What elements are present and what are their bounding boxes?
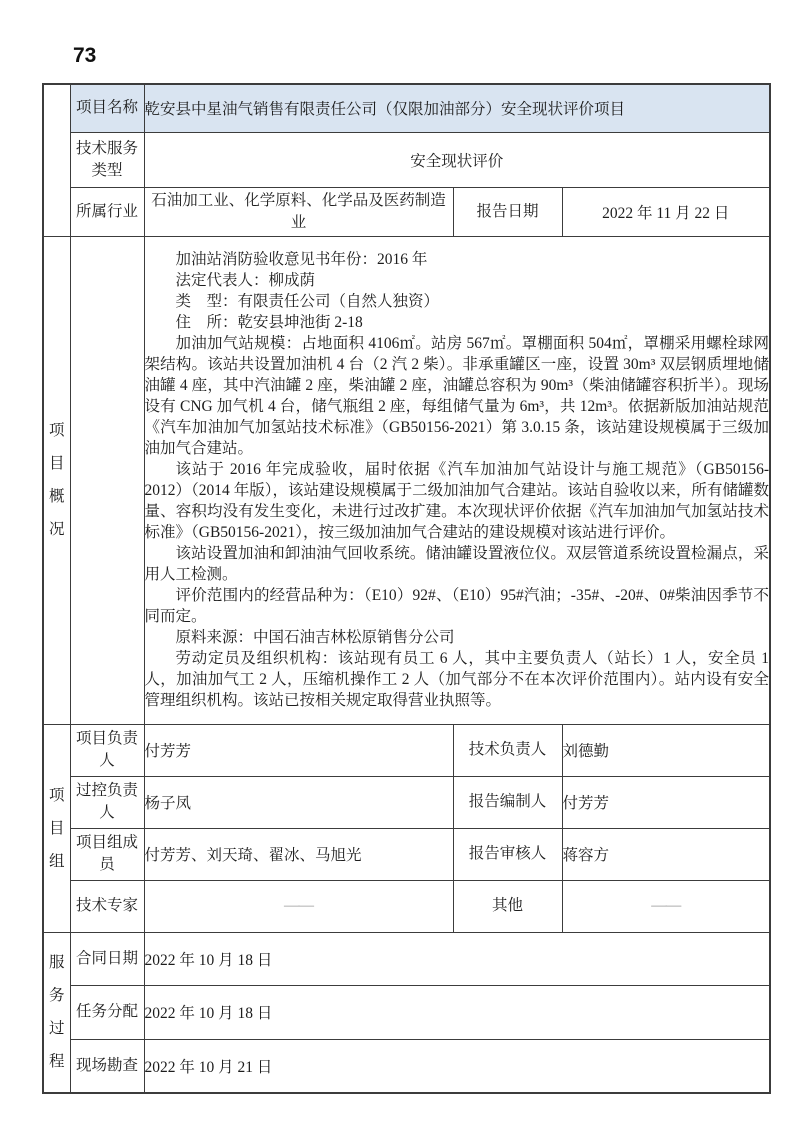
service-type-value: 安全现状评价: [144, 132, 770, 187]
contract-date-label: 合同日期: [70, 932, 144, 985]
overview-paragraph: 加油加气站规模：占地面积 4106㎡。站房 567㎡。罩棚面积 504㎡，罩棚采…: [145, 333, 770, 459]
project-name-label: 项目名称: [70, 84, 144, 132]
report-writer-label: 报告编制人: [453, 776, 562, 828]
overview-paragraph: 住 所：乾安县坤池街 2-18: [145, 312, 770, 333]
project-leader-value: 付芳芳: [144, 724, 453, 776]
overview-paragraph: 原料来源：中国石油吉林松原销售分公司: [145, 627, 770, 648]
section-label-process: 服务过程: [43, 932, 70, 1093]
overview-paragraph: 该站于 2016 年完成验收，届时依据《汽车加油加气站设计与施工规范》（GB50…: [145, 459, 770, 543]
project-info-table: 项目名称 乾安县中星油气销售有限责任公司（仅限加油部分）安全现状评价项目 技术服…: [42, 83, 771, 1094]
team-members-label: 项目组成员: [70, 828, 144, 880]
team-members-value: 付芳芳、刘天琦、翟冰、马旭光: [144, 828, 453, 880]
task-assignment-label: 任务分配: [70, 985, 144, 1039]
contract-date-value: 2022 年 10 月 18 日: [144, 932, 770, 985]
process-control-value: 杨子凤: [144, 776, 453, 828]
overview-content: 加油站消防验收意见书年份：2016 年 法定代表人：柳成荫 类 型：有限责任公司…: [144, 236, 770, 724]
page-number: 73: [73, 44, 96, 68]
overview-paragraph: 劳动定员及组织机构：该站现有员工 6 人，其中主要负责人（站长）1 人，安全员 …: [145, 648, 770, 711]
report-date-value: 2022 年 11 月 22 日: [562, 187, 770, 236]
report-date-label: 报告日期: [453, 187, 562, 236]
service-type-label: 技术服务类型: [70, 132, 144, 187]
table-corner-cell: [43, 84, 70, 236]
site-survey-value: 2022 年 10 月 21 日: [144, 1039, 770, 1093]
tech-leader-value: 刘德勤: [562, 724, 770, 776]
project-leader-label: 项目负责人: [70, 724, 144, 776]
project-name-value: 乾安县中星油气销售有限责任公司（仅限加油部分）安全现状评价项目: [144, 84, 770, 132]
other-label: 其他: [453, 880, 562, 932]
report-reviewer-value: 蒋容方: [562, 828, 770, 880]
section-label-overview: 项目概况: [43, 236, 70, 724]
tech-expert-value: ——: [144, 880, 453, 932]
overview-spacer-cell: [70, 236, 144, 724]
overview-paragraph: 类 型：有限责任公司（自然人独资）: [145, 291, 770, 312]
overview-paragraph: 评价范围内的经营品种为：（E10）92#、（E10）95#汽油；-35#、-20…: [145, 585, 770, 627]
report-writer-value: 付芳芳: [562, 776, 770, 828]
overview-paragraph: 加油站消防验收意见书年份：2016 年: [145, 249, 770, 270]
tech-leader-label: 技术负责人: [453, 724, 562, 776]
task-assignment-value: 2022 年 10 月 18 日: [144, 985, 770, 1039]
overview-paragraph: 该站设置加油和卸油油气回收系统。储油罐设置液位仪。双层管道系统设置检漏点，采用人…: [145, 543, 770, 585]
tech-expert-label: 技术专家: [70, 880, 144, 932]
other-value: ——: [562, 880, 770, 932]
report-reviewer-label: 报告审核人: [453, 828, 562, 880]
section-label-team: 项目组: [43, 724, 70, 932]
process-control-label: 过控负责人: [70, 776, 144, 828]
industry-value: 石油加工业、化学原料、化学品及医药制造业: [144, 187, 453, 236]
overview-paragraph: 法定代表人：柳成荫: [145, 270, 770, 291]
site-survey-label: 现场勘查: [70, 1039, 144, 1093]
industry-label: 所属行业: [70, 187, 144, 236]
